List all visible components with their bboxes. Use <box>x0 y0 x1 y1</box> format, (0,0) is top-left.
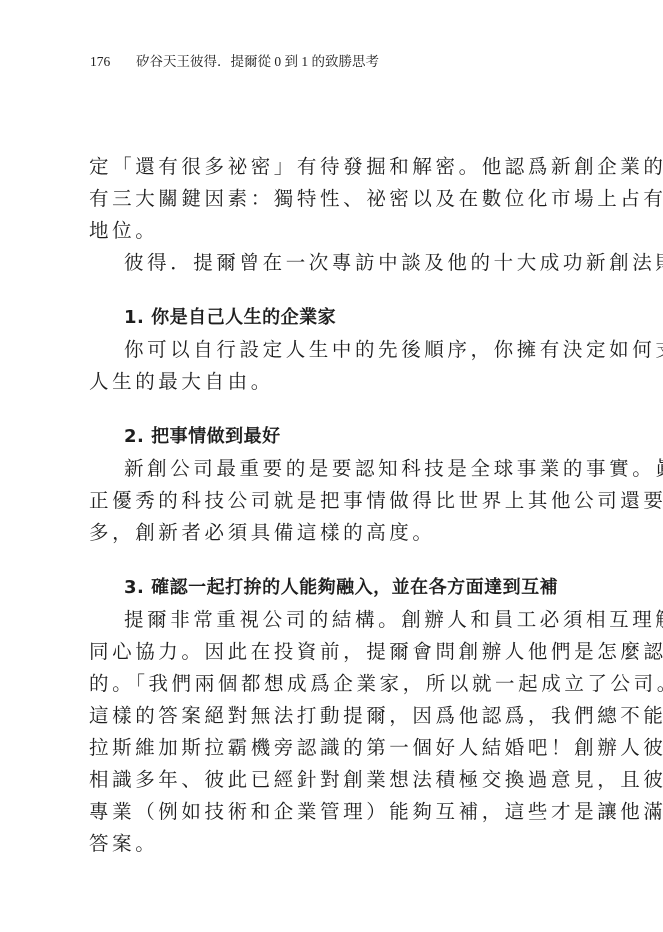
body-line: 正優秀的科技公司就是把事情做得比世界上其他公司還要好很 <box>89 487 559 519</box>
body-line: 的。「我們兩個都想成爲企業家，所以就一起成立了公司。」 <box>89 670 559 702</box>
running-title: 矽谷天王彼得．提爾從 0 到 1 的致勝思考 <box>136 54 379 69</box>
spacer <box>89 281 559 304</box>
body-line: 專業（例如技術和企業管理）能夠互補，這些才是讓他滿意的 <box>89 798 559 830</box>
body-line: 人生的最大自由。 <box>89 368 559 400</box>
section-heading-1: 1. 你是自己人生的企業家 <box>89 304 559 336</box>
body-line: 多，創新者必須具備這樣的高度。 <box>89 519 559 551</box>
page-body: 定「還有很多祕密」有待發掘和解密。他認爲新創企業的成功 有三大關鍵因素：獨特性、… <box>89 153 559 862</box>
body-line: 新創公司最重要的是要認知科技是全球事業的事實。眞 <box>89 455 559 487</box>
spacer <box>89 400 559 423</box>
body-line: 這樣的答案絕對無法打動提爾，因爲他認爲，我們總不能和在 <box>89 702 559 734</box>
body-line: 提爾非常重視公司的結構。創辦人和員工必須相互理解， <box>89 606 559 638</box>
body-line: 相識多年、彼此已經針對創業想法積極交換過意見，且彼此的 <box>89 766 559 798</box>
body-line: 你可以自行設定人生中的先後順序，你擁有決定如何支配 <box>89 336 559 368</box>
body-line: 答案。 <box>89 830 559 862</box>
body-line: 定「還有很多祕密」有待發掘和解密。他認爲新創企業的成功 <box>89 153 559 185</box>
spacer <box>89 551 559 574</box>
running-header: 176矽谷天王彼得．提爾從 0 到 1 的致勝思考 <box>90 50 379 70</box>
section-heading-2: 2. 把事情做到最好 <box>89 423 559 455</box>
body-line: 拉斯維加斯拉霸機旁認識的第一個好人結婚吧！創辦人彼此已 <box>89 734 559 766</box>
body-line: 地位。 <box>89 217 559 249</box>
lead-paragraph: 彼得．提爾曾在一次專訪中談及他的十大成功新創法則。 <box>89 249 559 281</box>
body-line: 同心協力。因此在投資前，提爾會問創辦人他們是怎麼認識 <box>89 638 559 670</box>
body-line: 有三大關鍵因素：獨特性、祕密以及在數位化市場上占有壟斷 <box>89 185 559 217</box>
section-heading-3: 3. 確認一起打拚的人能夠融入，並在各方面達到互補 <box>89 574 559 606</box>
page-number: 176 <box>90 54 136 70</box>
